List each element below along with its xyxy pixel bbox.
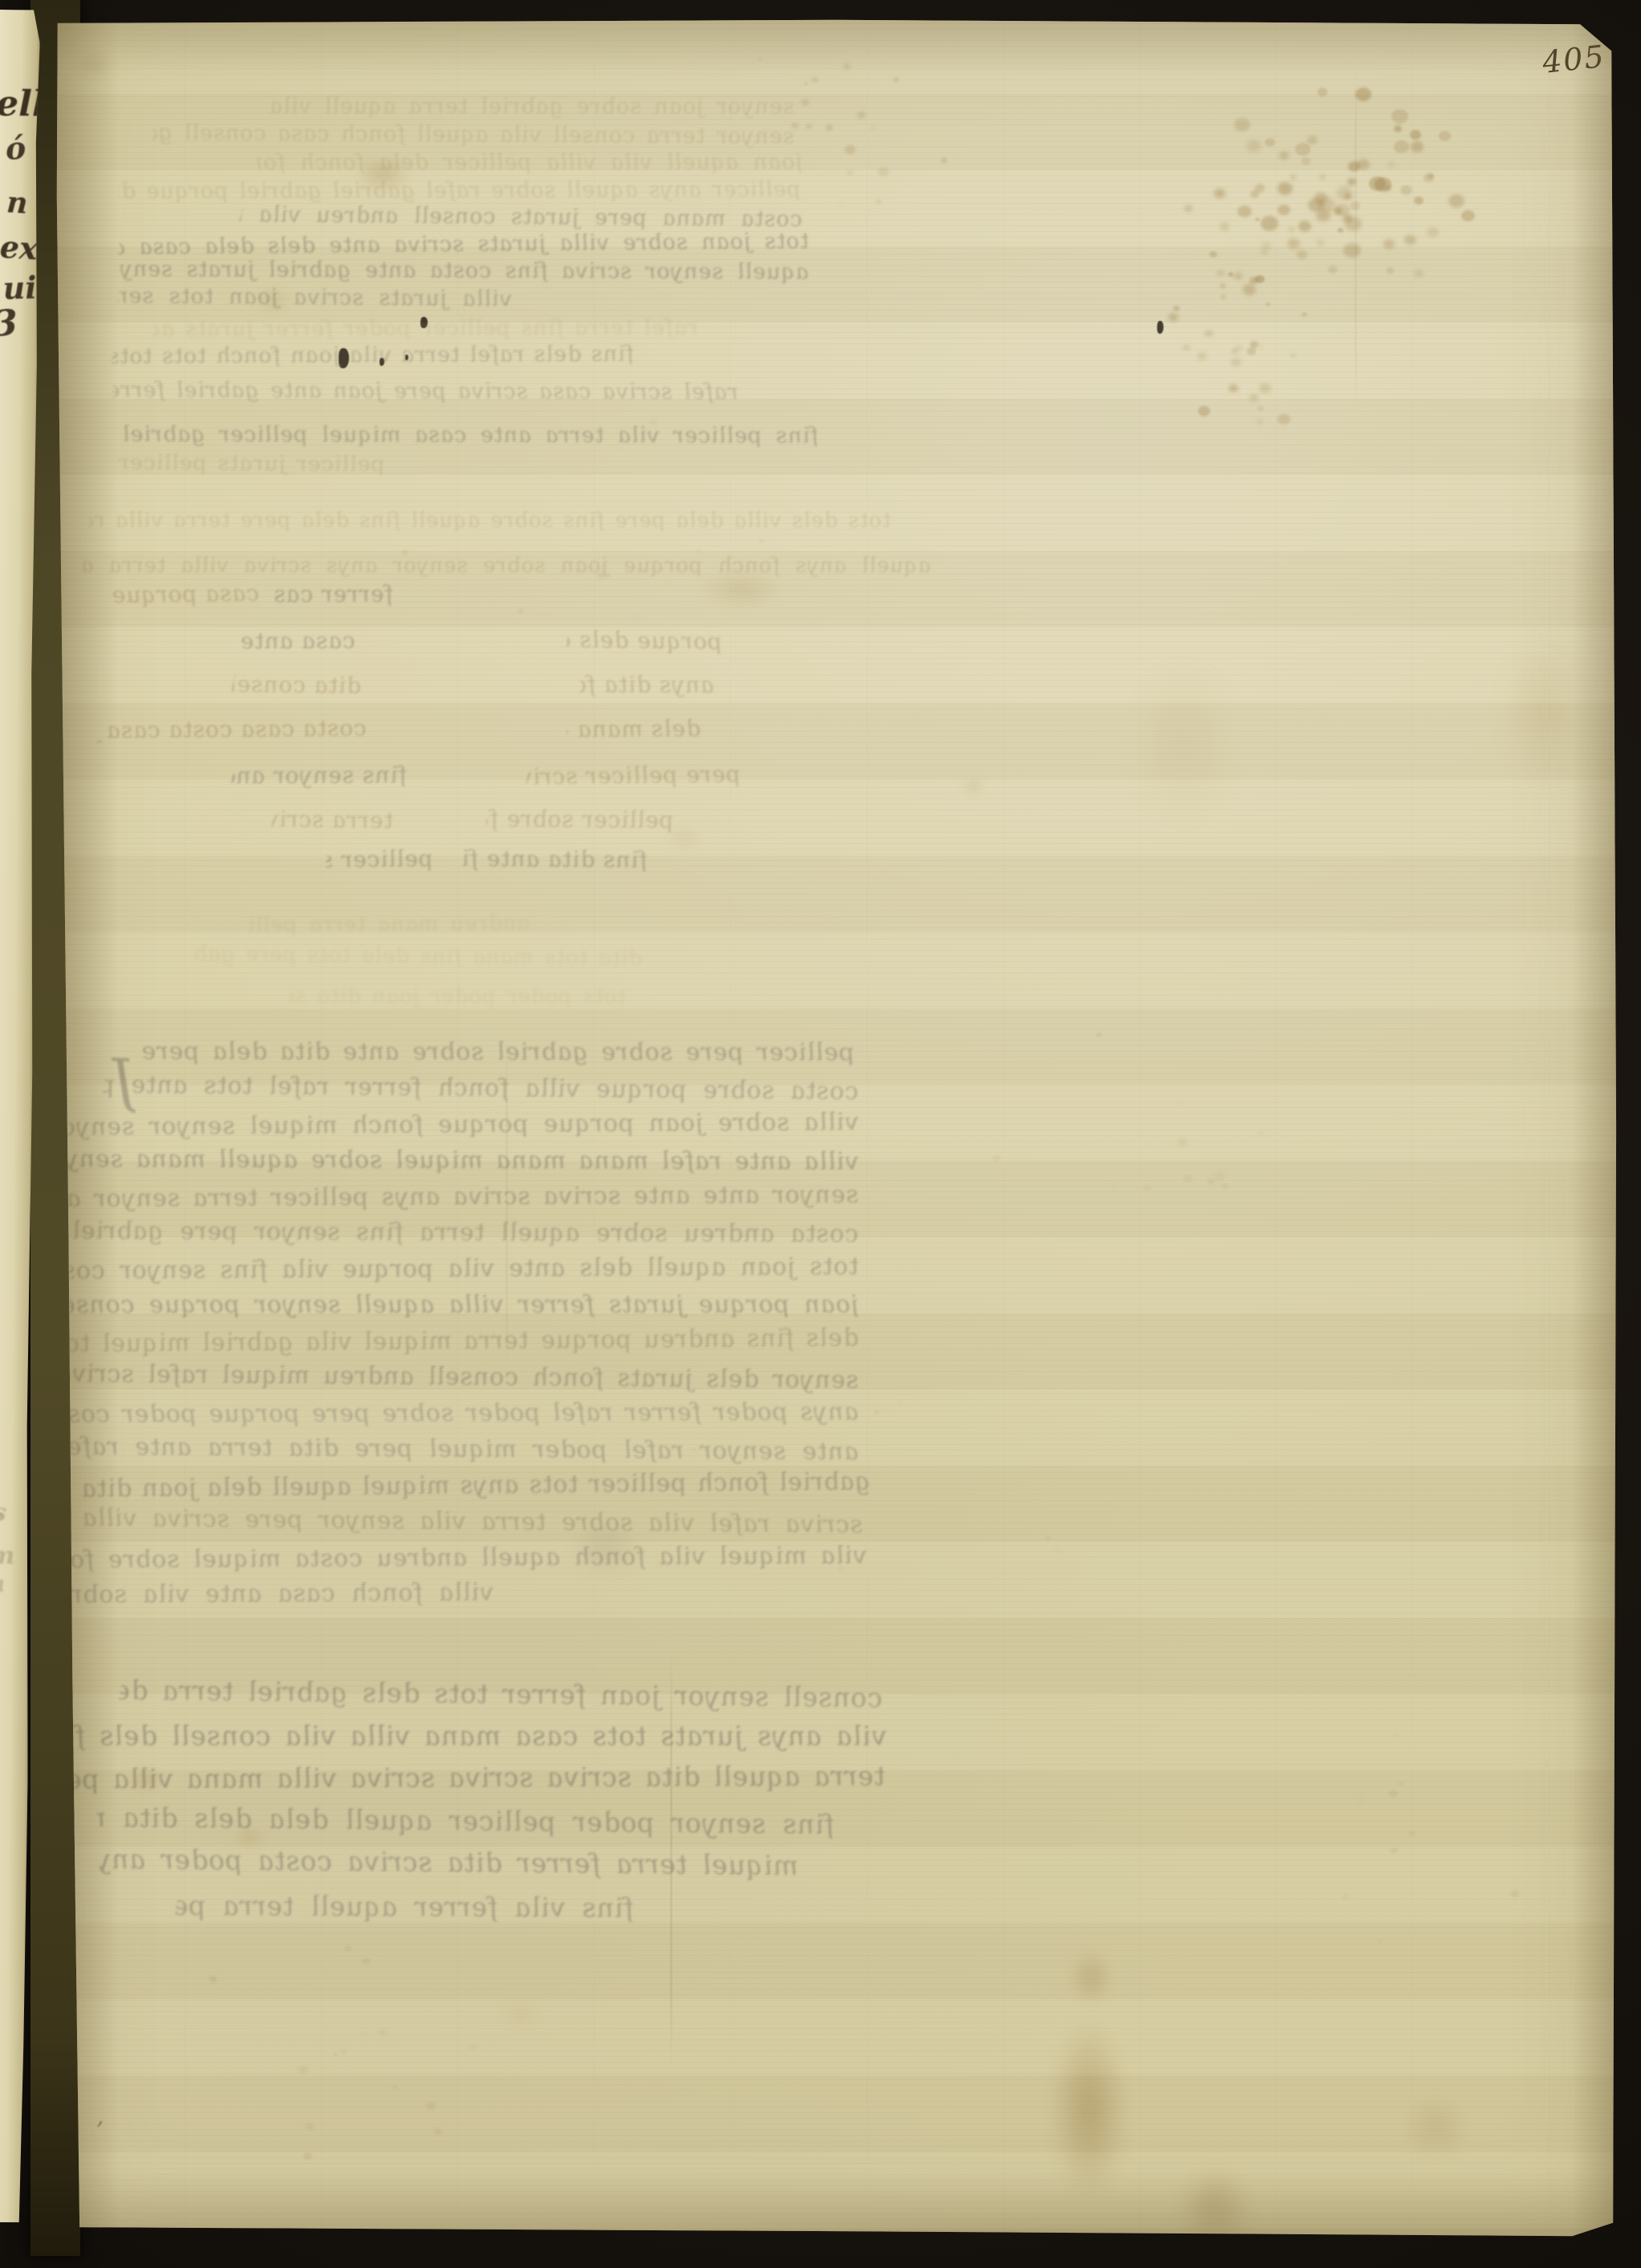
foxing-speckle	[1461, 210, 1475, 221]
foxing-speckle	[1261, 216, 1278, 231]
foxing-speckle	[1046, 1536, 1050, 1540]
foxing-speckle	[392, 2085, 397, 2089]
foxing-speckle	[1237, 205, 1252, 217]
foxing-speckle	[1288, 226, 1295, 233]
bleedthrough-line: senyor terra consell vila aquell fonch c…	[151, 120, 797, 149]
foxing-speckle	[1261, 241, 1271, 250]
foxing-speckle	[871, 126, 875, 130]
foxing-speckle	[1297, 250, 1307, 259]
foxing-speckle	[658, 1563, 662, 1566]
foxing-speckle	[857, 112, 866, 119]
bleedthrough-line: villa sobre joan porque porque fonch miq…	[66, 1108, 860, 1141]
foxing-speckle	[1383, 239, 1395, 249]
foxing-speckle	[1394, 140, 1409, 153]
foxing-speckle	[940, 157, 948, 164]
foxing-speckle	[1369, 176, 1386, 191]
foxing-speckle	[1318, 87, 1327, 96]
foxing-speckle	[1350, 201, 1360, 210]
foxing-speckle	[1265, 138, 1275, 147]
foxing-speckle	[1209, 251, 1217, 258]
foxing-speckle	[1298, 221, 1311, 232]
foxing-speckle	[1359, 1799, 1363, 1802]
foxing-speckle	[1249, 277, 1258, 284]
foxing-speckle	[1295, 143, 1310, 156]
foxing-speckle	[1197, 352, 1207, 360]
foxing-speckle	[876, 200, 881, 204]
foxing-speckle	[1427, 227, 1439, 237]
foxing-speckle	[1204, 1176, 1208, 1179]
bleedthrough-name-entry: costa casa costa casa joan pere	[97, 714, 369, 743]
bleedthrough-line: fins dels rafel terra vila joan fonch to…	[111, 341, 636, 368]
foxing-speckle	[1393, 1733, 1399, 1738]
foxing-speckle	[878, 167, 889, 176]
bleedthrough-name-entry: ferrer casa joan scriva	[270, 581, 396, 607]
page-shading	[48, 18, 1619, 2238]
stain	[249, 282, 297, 318]
bleedthrough-line: senyor ante ante scriva scriva anys pell…	[66, 1180, 860, 1212]
foxing-speckle	[893, 77, 900, 83]
bleedthrough-name-entry: porque dels consell fonch	[566, 627, 724, 655]
foxing-speckle	[1277, 182, 1293, 195]
foxing-speckle	[1243, 284, 1256, 295]
margin-ink-fragment: ó	[4, 129, 26, 167]
foxing-speckle	[1247, 347, 1256, 355]
foxing-speckle	[209, 1976, 217, 1982]
foxing-speckle	[1279, 152, 1289, 160]
faded-margin-fragment: s	[0, 1498, 7, 1527]
foxing-speckle	[1379, 1940, 1383, 1943]
foxing-speckle	[1428, 173, 1434, 179]
bleedthrough-line: andreu mana terra pellicer aquell pere	[247, 911, 532, 938]
foxing-speckle	[1410, 130, 1421, 140]
foxing-speckle	[1255, 217, 1260, 221]
foxing-speckle	[344, 1945, 351, 1952]
foxing-speckle	[1439, 131, 1451, 141]
ink-speck	[1157, 321, 1164, 334]
bleedthrough-line: villa jurats scriva joan tots senyor raf…	[117, 283, 514, 311]
bleedthrough-line: pellicer jurats pellicer fonch casa	[110, 450, 388, 477]
foxing-speckle	[598, 572, 605, 578]
bleedthrough-line: vila miquel vila fonch aquell andreu cos…	[67, 1541, 869, 1573]
foxing-speckle	[664, 581, 670, 586]
foxing-speckle	[1409, 1832, 1414, 1836]
bleedthrough-line: dita tots mana fins dela tots pere gabri…	[191, 942, 643, 971]
foxing-speckle	[1178, 1138, 1187, 1146]
bleedthrough-line: tots joan sobre villa jurats scriva ante…	[117, 229, 810, 260]
bleedthrough-name-entry: casa ante terra fins	[236, 627, 358, 655]
foxing-speckle	[334, 2053, 337, 2056]
bleedthrough-line: scriva rafel vila sobre terra vila senyo…	[67, 1504, 864, 1540]
foxing-speckle	[1389, 1790, 1398, 1797]
stain	[957, 773, 990, 799]
foxing-speckle	[804, 82, 808, 85]
bleedthrough-line: fins vila ferrer aquell terra pellicer d…	[174, 1890, 636, 1924]
foxing-speckle	[1217, 270, 1225, 277]
foxing-speckle	[1257, 406, 1264, 411]
margin-ink-fragment: ui	[2, 269, 38, 306]
foxing-speckle	[847, 170, 853, 176]
foxing-speckle	[518, 608, 524, 614]
bleedthrough-line: terra aquell dita scriva scriva scriva v…	[68, 1760, 888, 1795]
stray-pen-mark: ’	[96, 2118, 104, 2142]
bleedthrough-name-entry: dels mana costa casa	[566, 715, 702, 742]
foxing-speckle	[1249, 394, 1258, 401]
bleedthrough-name-entry: dita consell costa	[230, 671, 364, 699]
foxing-speckle	[1318, 197, 1335, 212]
bleedthrough-line: tots poder poder joan dita sobre dela vi…	[287, 984, 628, 1009]
foxing-speckle	[1448, 194, 1464, 208]
bleedthrough-line: fins senyor poder pellicer aquell dela d…	[94, 1802, 837, 1840]
bleedthrough-name-entry: terra scriva miquel	[270, 805, 396, 834]
foxing-speckle	[1250, 190, 1259, 198]
foxing-speckle	[1391, 109, 1408, 124]
foxing-speckle	[1348, 161, 1360, 172]
margin-ink-fragment: 3	[0, 302, 18, 345]
foxing-speckle	[1220, 283, 1226, 289]
foxing-speckle	[1317, 239, 1324, 245]
foxing-speckle	[1316, 209, 1330, 221]
stain	[1107, 627, 1260, 860]
foxing-speckle	[1314, 193, 1327, 204]
foxing-speckle	[426, 2102, 436, 2110]
foxing-speckle	[1302, 312, 1307, 317]
foxing-speckle	[1265, 302, 1270, 306]
foxing-speckle	[792, 123, 799, 129]
foxing-speckle	[1179, 1102, 1184, 1106]
stain	[1390, 2081, 1482, 2173]
foxing-speckle	[1173, 306, 1180, 311]
foxing-speckle	[1291, 354, 1295, 357]
foxing-speckle	[826, 124, 833, 131]
bleedthrough-line: joan aquell vila villa pellicer dela fon…	[256, 150, 804, 175]
foxing-speckle	[1246, 140, 1261, 152]
stain	[491, 1993, 549, 2035]
foxing-speckle	[759, 539, 764, 543]
laid-paper-texture	[48, 18, 1619, 2238]
foxing-speckle	[1204, 330, 1213, 337]
foxing-speckle	[1342, 214, 1352, 222]
foxing-speckle	[1261, 250, 1267, 255]
foxing-speckle	[791, 123, 796, 127]
foxing-speckle	[469, 2043, 477, 2050]
bleedthrough-line: vila anys jurats tots casa mana villa vi…	[66, 1720, 889, 1751]
foxing-speckle	[1394, 125, 1402, 132]
foxing-speckle	[1387, 162, 1395, 168]
foxing-speckle	[1259, 383, 1271, 393]
foxing-speckle	[1384, 185, 1391, 191]
foxing-speckle	[1255, 184, 1265, 193]
bleedthrough-name-entry: pellicer sobre ferrer rafel	[484, 805, 676, 834]
foxing-speckle	[1143, 1185, 1152, 1191]
foxing-speckle	[845, 145, 855, 154]
foxing-speckle	[1183, 1175, 1192, 1183]
foxing-speckle	[1334, 207, 1342, 215]
faded-margin-fragment: m	[0, 1542, 14, 1570]
stain	[1035, 1985, 1143, 2234]
foxing-speckle	[1400, 185, 1412, 195]
paper-crease	[670, 1650, 672, 2067]
foxing-speckle	[362, 2033, 366, 2036]
ink-speck	[405, 355, 408, 360]
ink-speck	[420, 317, 428, 328]
stain	[1485, 603, 1605, 820]
foxing-speckle	[1287, 238, 1300, 249]
bleedthrough-name-entry: anys dita fonch terra	[579, 671, 716, 699]
stain	[226, 1820, 273, 1854]
foxing-speckle	[1198, 406, 1210, 416]
bleedthrough-line: joan porque jurats ferrer villa aquell s…	[67, 1291, 859, 1319]
foxing-speckle	[808, 1445, 813, 1449]
bleedthrough-name-entry: fins dita ante fins casa	[457, 845, 650, 873]
foxing-speckle	[1236, 346, 1241, 351]
bleedthrough-line: tots dels villa dela pere fins sobre aqu…	[87, 509, 892, 533]
foxing-speckle	[1214, 189, 1225, 198]
foxing-speckle	[1411, 141, 1424, 152]
bleedthrough-line: pellicer pere sobre gabriel sobre ante d…	[131, 1037, 857, 1066]
foxing-speckle	[1343, 243, 1361, 258]
foxing-speckle	[1232, 349, 1237, 354]
stain	[345, 150, 421, 198]
bleedthrough-line: consell senyor joan ferrer tots dels gab…	[117, 1674, 885, 1714]
foxing-speckle	[634, 617, 639, 621]
foxing-speckle	[1424, 173, 1434, 182]
foxing-speckle	[1387, 267, 1394, 274]
foxing-speckle	[1511, 1890, 1519, 1897]
bleedthrough-name-entry: pere pellicer scriva sobre	[526, 761, 741, 789]
foxing-speckle	[1111, 1182, 1116, 1187]
foxing-speckle	[806, 124, 812, 129]
bleedthrough-line: senyor dels jurats fonch consell andreu …	[66, 1360, 862, 1394]
bleedthrough-name-entry: fins senyor andreu dels	[230, 761, 410, 789]
stain	[682, 563, 802, 615]
foxing-speckle	[362, 1958, 371, 1965]
bleedthrough-line: villa ante rafel mana mana miquel sobre …	[67, 1145, 860, 1175]
foxing-speckle	[1221, 294, 1226, 299]
stain	[660, 822, 709, 855]
manuscript-page: ’’’ senyor joan sobre gabriel terra aque…	[48, 18, 1619, 2238]
bleedthrough-line: rafel scriva casa scriva pere joan ante …	[112, 378, 740, 405]
foxing-speckle	[1344, 193, 1352, 200]
foxing-speckle	[650, 420, 656, 425]
foxing-speckle	[838, 1566, 845, 1572]
bleedthrough-line: fins pellicer vila terra ante casa mique…	[111, 422, 820, 448]
foxing-speckle	[1215, 1172, 1225, 1180]
margin-ink-fragment: ell	[0, 83, 40, 125]
bleedthrough-line: gabriel fonch pellicer tots anys miquel …	[66, 1467, 872, 1503]
foxing-speckle	[608, 395, 612, 398]
foxing-speckle	[811, 77, 818, 83]
stain	[1061, 1939, 1121, 2015]
ink-speck	[380, 358, 384, 366]
bleedthrough-line: villa fonch casa ante vila sobre vila de…	[66, 1579, 496, 1609]
foxing-speckle	[1207, 1178, 1215, 1185]
foxing-speckle	[1355, 87, 1371, 101]
folio-number: 405	[1541, 39, 1607, 80]
foxing-speckle	[1260, 345, 1263, 347]
faded-margin-fragment: a	[0, 1571, 6, 1598]
bleedthrough-line: aquell anys fonch porque joan sobre seny…	[78, 554, 933, 578]
foxing-speckle	[1184, 205, 1192, 212]
foxing-speckle	[1229, 384, 1238, 392]
foxing-speckle	[1231, 358, 1241, 367]
foxing-speckle	[1257, 420, 1262, 424]
foxing-speckle	[691, 1446, 697, 1452]
bleedthrough-line: miquel terra ferrer dita scriva costa po…	[99, 1844, 800, 1881]
foxing-speckle	[1391, 1848, 1398, 1853]
photograph-backdrop: ellónexui3sma ’’’ senyor joan sobre gabr…	[0, 0, 1641, 2268]
bleedthrough-name-entry: pellicer sobre andreu	[324, 845, 435, 873]
foxing-speckle	[899, 1401, 902, 1404]
bleedthrough-line: costa andreu sobre aquell terra fins sen…	[65, 1217, 861, 1248]
foxing-speckle	[1184, 345, 1189, 350]
foxing-speckle	[1308, 198, 1324, 212]
foxing-speckle	[1399, 1782, 1403, 1786]
bleedthrough-line: tots joan aquell dels ante vila porque v…	[66, 1252, 861, 1285]
foxing-speckle	[1290, 175, 1296, 180]
foxing-speckle	[1302, 157, 1310, 165]
foxing-speckle	[303, 2152, 312, 2160]
paper-crease	[506, 1037, 508, 1373]
foxing-speckle	[1404, 235, 1416, 245]
bleedthrough-line: costa sobre porque villa fonch ferrer ra…	[101, 1071, 861, 1106]
stain	[1165, 2153, 1265, 2238]
foxing-speckle	[1319, 174, 1326, 180]
foxing-speckle	[1220, 222, 1229, 231]
foxing-speckle	[697, 549, 701, 552]
foxing-speckle	[1221, 1183, 1228, 1188]
foxing-speckle	[1250, 341, 1258, 348]
foxing-speckle	[1343, 1895, 1348, 1899]
foxing-speckle	[341, 2050, 346, 2054]
foxing-speckle	[1307, 136, 1318, 144]
foxing-speckle	[434, 2128, 442, 2135]
bleedthrough-line: costa mana pere jurats consell andreu vi…	[238, 202, 806, 232]
foxing-speckle	[1347, 178, 1356, 185]
bleedthrough-line: rafel terra fins pellicer poder ferrer j…	[151, 315, 700, 342]
foxing-speckle	[1414, 197, 1424, 205]
foxing-speckle	[1335, 204, 1350, 216]
foxing-speckle	[1228, 272, 1233, 277]
foxing-speckle	[1345, 217, 1362, 231]
margin-ink-fragment: ex	[0, 229, 39, 267]
foxing-speckle	[1234, 273, 1242, 279]
foxing-speckle	[1234, 118, 1250, 132]
foxing-speckle	[1414, 270, 1424, 278]
bleedthrough-name-entry: casa porque dita poder	[105, 580, 260, 609]
ink-speck	[339, 348, 349, 368]
foxing-speckle	[843, 63, 851, 70]
foxing-speckle	[801, 99, 810, 106]
foxing-speckle	[758, 57, 762, 61]
foxing-speckle	[993, 1154, 1001, 1162]
bleedthrough-line: senyor joan sobre gabriel terra aquell v…	[254, 94, 797, 120]
foxing-speckle	[1277, 414, 1290, 424]
stain	[122, 1760, 172, 1799]
foxing-speckle	[1338, 228, 1343, 233]
foxing-speckle	[1255, 275, 1265, 283]
bleedthrough-line: dels fins andreu porque terra miquel vil…	[66, 1324, 861, 1357]
foxing-speckle	[1258, 1131, 1264, 1136]
bleedthrough-line: pellicer anys aquell sobre rafel gabriel…	[117, 177, 802, 205]
foxing-speckle	[1096, 1033, 1102, 1037]
margin-ink-fragment: n	[6, 185, 29, 221]
foxing-speckle	[401, 550, 408, 555]
bleedthrough-line: aquell senyor scriva fins costa ante gab…	[117, 257, 811, 285]
foxing-speckle	[874, 1410, 879, 1414]
stain	[64, 48, 124, 82]
bleedthrough-initial-flourish: J	[78, 1045, 138, 1114]
foxing-speckle	[1357, 159, 1370, 170]
foxing-speckle	[1168, 313, 1178, 322]
foxing-speckle	[1544, 1763, 1547, 1766]
stain	[555, 1511, 656, 1585]
foxing-speckle	[299, 2067, 307, 2073]
foxing-speckle	[1328, 266, 1338, 274]
foxing-speckle	[1375, 177, 1391, 192]
foxing-speckle	[1055, 1549, 1059, 1552]
bleedthrough-line: anys poder ferrer rafel poder sobre pere…	[67, 1398, 859, 1428]
foxing-speckle	[305, 2123, 314, 2130]
foxing-speckle	[1337, 186, 1352, 200]
foxing-speckle	[1277, 205, 1290, 215]
bleedthrough-line: ante senyor rafel poder miquel pere dita…	[67, 1433, 860, 1467]
foxing-speckle	[709, 631, 712, 635]
foxing-speckle	[379, 2030, 386, 2036]
paper-crease	[1355, 66, 1357, 411]
foxing-speckle	[839, 202, 843, 205]
